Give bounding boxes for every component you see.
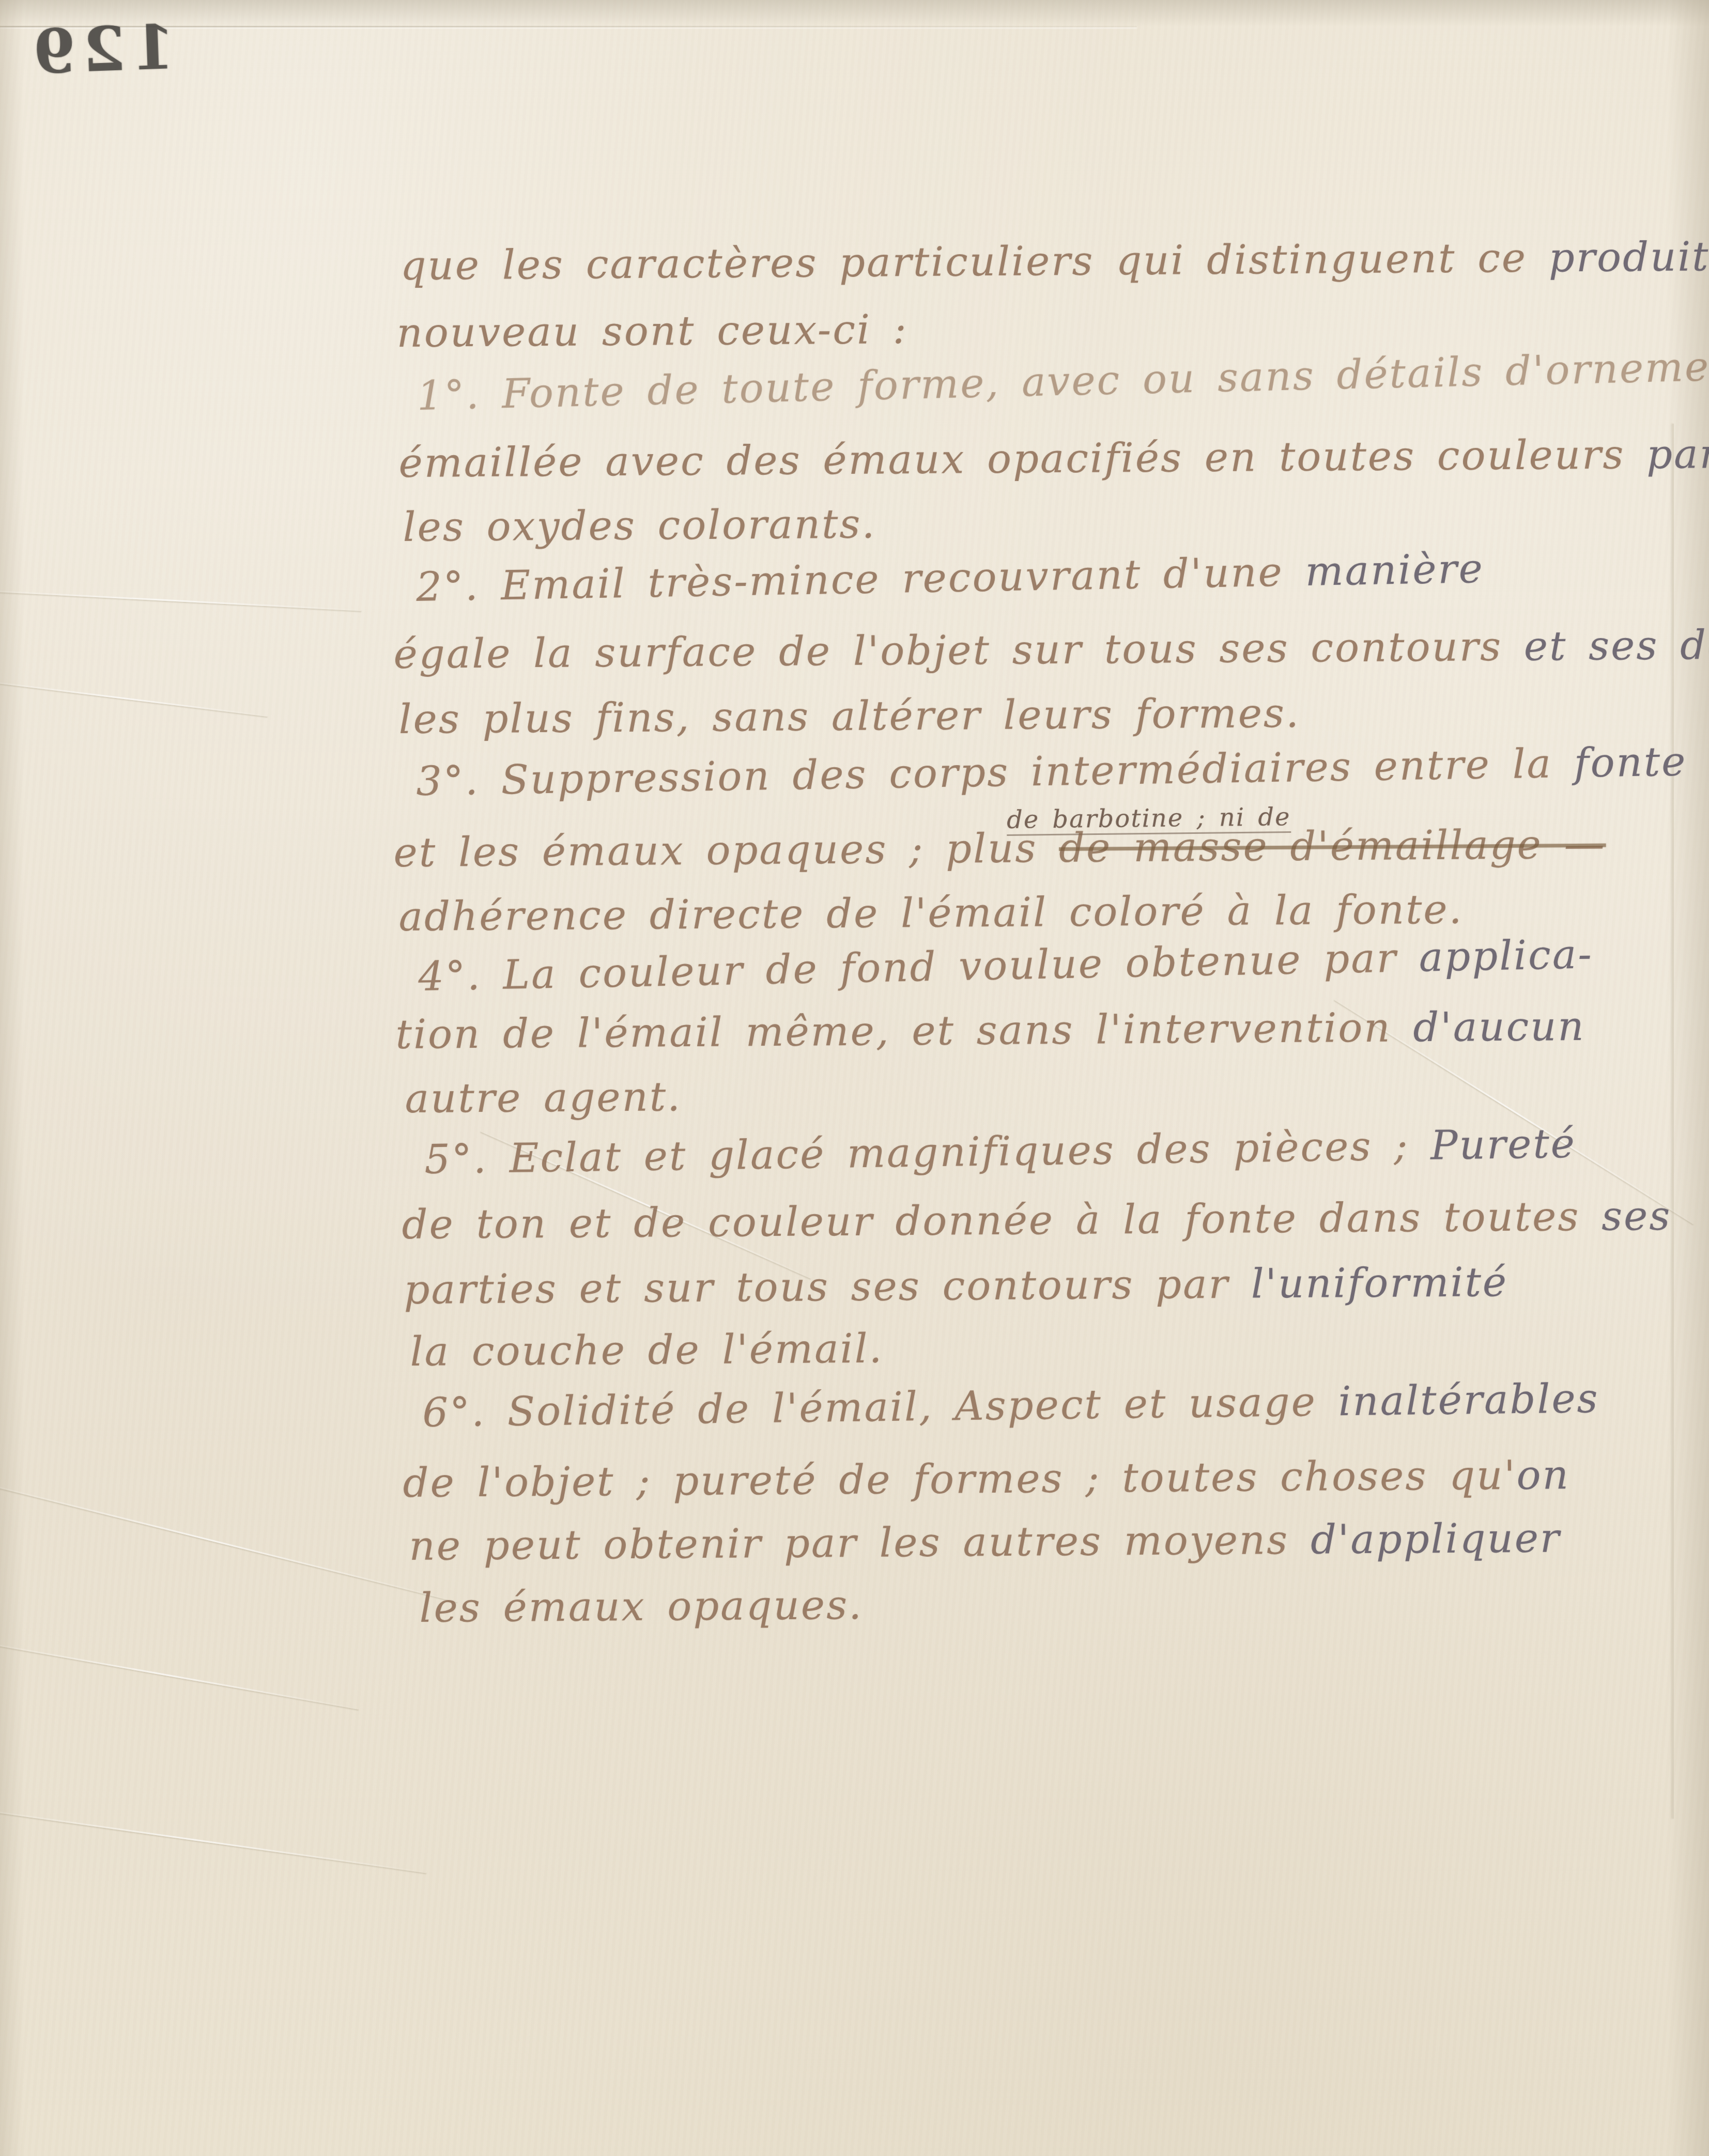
handwritten-text-pencil: par — [1646, 431, 1709, 478]
handwritten-text-pencil: manière — [1305, 546, 1485, 595]
handwritten-text: et les émaux opaques ; plus — [393, 825, 1059, 876]
paper-left-edge — [0, 0, 24, 2156]
manuscript-line: et les émaux opaques ; plus de masse d'é… — [393, 821, 1606, 876]
manuscript-line: tion de l'émail même, et sans l'interven… — [395, 1003, 1585, 1058]
handwritten-text: les plus fins, sans altérer leurs formes… — [398, 690, 1300, 743]
manuscript-line: 5°. Eclat et glacé magnifiques des pièce… — [424, 1121, 1577, 1183]
handwritten-text: parties et sur tous ses contours par — [404, 1261, 1251, 1313]
paper-crease — [0, 1807, 427, 1873]
manuscript-line: nouveau sont ceux-ci : — [396, 306, 908, 356]
handwritten-text: 5°. Eclat et glacé magnifiques des pièce… — [424, 1123, 1431, 1183]
handwritten-text: 4°. La couleur de fond voulue obtenue pa… — [418, 935, 1419, 1000]
manuscript-line: les émaux opaques. — [419, 1582, 863, 1632]
manuscript-line: la couche de l'émail. — [410, 1326, 883, 1375]
handwritten-text: émaillée avec des émaux opacifiés en tou… — [398, 431, 1646, 487]
manuscript-line: 3°. Suppression des corps intermédiaires… — [416, 738, 1687, 805]
manuscript-line: les plus fins, sans altérer leurs formes… — [398, 690, 1300, 743]
handwritten-text-pencil: fonte — [1574, 738, 1687, 786]
paper-top-edge — [0, 0, 1709, 27]
manuscript-line: 6°. Solidité de l'émail, Aspect et usage… — [422, 1375, 1599, 1436]
manuscript-line: de l'objet ; pureté de formes ; toutes c… — [403, 1452, 1570, 1507]
handwritten-text: ne peut obtenir par les autres moyens — [409, 1517, 1311, 1570]
handwritten-text-pencil: ses — [1602, 1193, 1672, 1240]
handwritten-text-pencil: Pureté — [1430, 1121, 1577, 1169]
handwritten-text: les oxydes colorants. — [403, 501, 876, 551]
handwritten-text: 6°. Solidité de l'émail, Aspect et usage — [422, 1378, 1338, 1436]
handwritten-text: tion de l'émail même, et sans l'interven… — [395, 1004, 1413, 1058]
manuscript-page: 129 que les caractères particuliers qui … — [0, 0, 1709, 2156]
manuscript-line: adhérence directe de l'émail coloré à la… — [398, 887, 1463, 940]
paper-crease — [0, 680, 268, 717]
handwritten-text-pencil: inaltérables — [1338, 1375, 1599, 1425]
handwritten-text: la couche de l'émail. — [410, 1326, 883, 1375]
manuscript-line: parties et sur tous ses contours par l'u… — [404, 1259, 1508, 1313]
handwritten-text: de l'objet ; pureté de formes ; toutes c… — [403, 1452, 1517, 1507]
handwritten-text: de ton et de couleur donnée à la fonte d… — [402, 1193, 1602, 1248]
manuscript-line: ne peut obtenir par les autres moyens d'… — [409, 1515, 1561, 1570]
manuscript-line: autre agent. — [405, 1074, 682, 1122]
handwritten-text: nouveau sont ceux-ci : — [396, 306, 908, 356]
handwritten-text-pencil: d'appliquer — [1311, 1515, 1561, 1563]
handwritten-text-pencil: d'aucun — [1413, 1003, 1585, 1051]
handwritten-text-struck: de masse d'émaillage — — [1059, 821, 1606, 872]
handwritten-text-pencil: on — [1516, 1452, 1570, 1499]
handwritten-text: 3°. Suppression des corps intermédiaires… — [416, 740, 1575, 805]
manuscript-line: les oxydes colorants. — [403, 501, 876, 551]
handwritten-text: égale la surface de l'objet sur tous ses… — [393, 624, 1524, 678]
manuscript-line: que les caractères particuliers qui dist… — [400, 234, 1709, 289]
handwritten-text: autre agent. — [405, 1074, 682, 1122]
paper-crease — [0, 589, 362, 611]
manuscript-line: de ton et de couleur donnée à la fonte d… — [402, 1193, 1671, 1248]
paper-right-edge — [1668, 0, 1709, 2156]
handwritten-text-pencil: produit — [1549, 234, 1709, 281]
paper-crease — [0, 1479, 458, 1603]
handwritten-text: adhérence directe de l'émail coloré à la… — [398, 887, 1463, 940]
manuscript-line: 2°. Email très-mince recouvrant d'une ma… — [415, 546, 1484, 611]
paper-crease — [0, 1640, 359, 1710]
manuscript-line: égale la surface de l'objet sur tous ses… — [393, 622, 1709, 678]
handwritten-text: que les caractères particuliers qui dist… — [400, 235, 1549, 289]
handwritten-text-pencil: applica- — [1419, 931, 1593, 981]
handwritten-text-pencil: l'uniformité — [1251, 1259, 1508, 1307]
handwritten-text-pencil: et ses détails — [1524, 622, 1709, 670]
handwritten-text: 2°. Email très-mince recouvrant d'une — [415, 549, 1305, 611]
manuscript-line: 4°. La couleur de fond voulue obtenue pa… — [418, 931, 1593, 1000]
handwritten-text: les émaux opaques. — [419, 1582, 863, 1632]
manuscript-line: émaillée avec des émaux opacifiés en tou… — [398, 431, 1709, 487]
page-number-stamp: 129 — [25, 11, 176, 88]
